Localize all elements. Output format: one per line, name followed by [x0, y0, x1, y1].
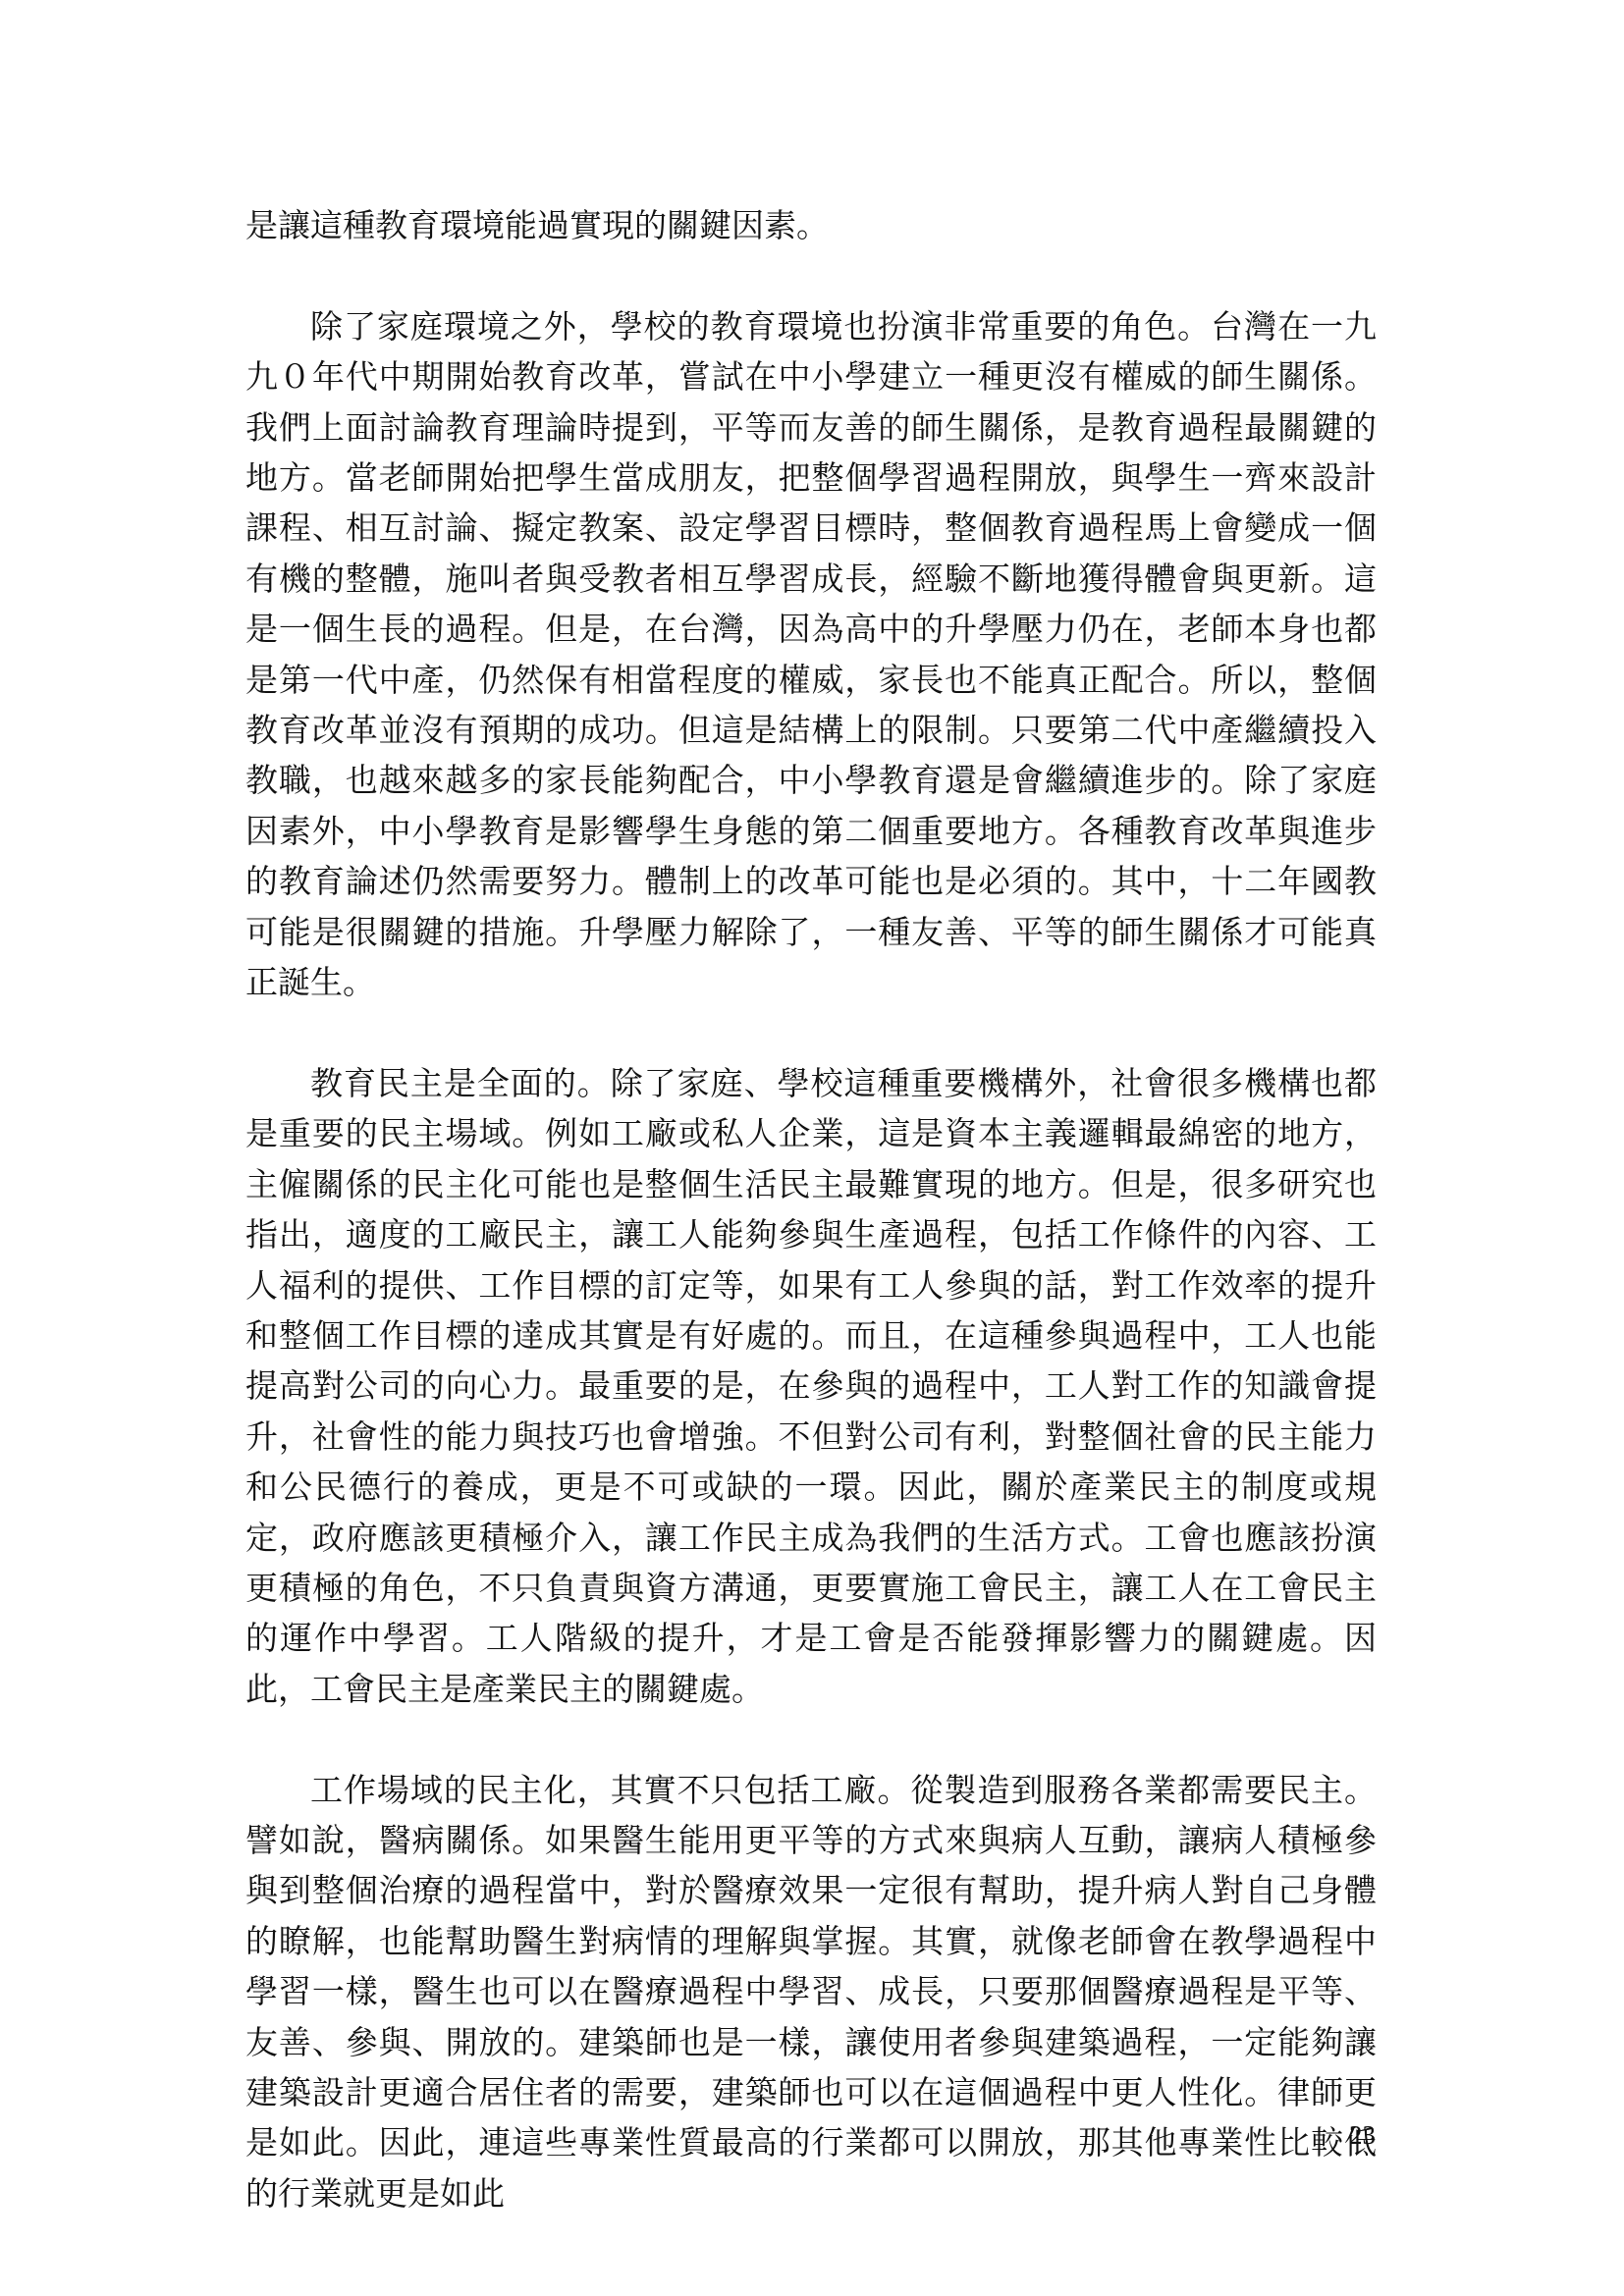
paragraph-continuation: 是讓這種教育環境能過實現的關鍵因素。 — [245, 200, 1377, 250]
paragraph-industrial-democracy: 教育民主是全面的。除了家庭、學校這種重要機構外，社會很多機構也都是重要的民主場域… — [245, 1058, 1377, 1714]
document-page: 是讓這種教育環境能過實現的關鍵因素。 除了家庭環境之外，學校的教育環境也扮演非常… — [0, 0, 1624, 2296]
paragraph-school-education: 除了家庭環境之外，學校的教育環境也扮演非常重要的角色。台灣在一九九０年代中期開始… — [245, 301, 1377, 1008]
paragraph-workplace-democratization: 工作場域的民主化，其實不只包括工廠。從製造到服務各業都需要民主。譬如說，醫病關係… — [245, 1765, 1377, 2219]
body-text: 是讓這種教育環境能過實現的關鍵因素。 除了家庭環境之外，學校的教育環境也扮演非常… — [245, 200, 1377, 2269]
page-number: 23 — [1349, 2120, 1376, 2151]
